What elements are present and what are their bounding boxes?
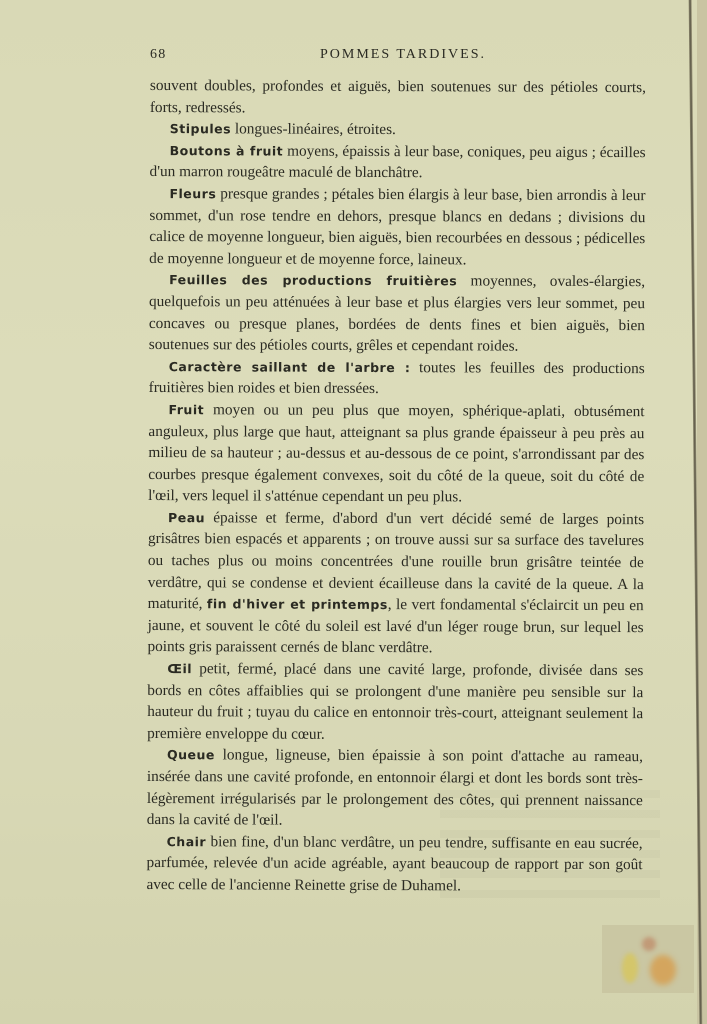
- paragraph-text: petit, fermé, placé dans une cavité larg…: [147, 660, 643, 742]
- paragraph-text: longues-linéaires, étroites.: [231, 121, 396, 139]
- fruit-icon: [642, 937, 656, 951]
- term-label: Boutons à fruit: [170, 143, 284, 158]
- term-label: Stipules: [170, 121, 231, 136]
- term-label: Œil: [167, 661, 192, 676]
- apple-icon: [650, 955, 676, 985]
- show-through-text: [440, 790, 660, 910]
- body-text: souvent doubles, profondes et aiguës, bi…: [146, 75, 646, 898]
- running-title: POMMES TARDIVES.: [320, 47, 486, 63]
- term-label-season: fin d'hiver et printemps: [207, 597, 388, 613]
- paragraph-stipules: Stipules longues-linéaires, étroites.: [150, 118, 646, 142]
- term-label: Feuilles des productions fruitières: [169, 272, 457, 288]
- pear-icon: [622, 953, 638, 983]
- paragraph-text: presque grandes ; pétales bien élargis à…: [149, 185, 645, 268]
- page-header: 68 POMMES TARDIVES.: [150, 47, 655, 67]
- term-label: Queue: [167, 747, 215, 762]
- paragraph-caractere: Caractère saillant de l'arbre : toutes l…: [149, 356, 645, 401]
- paragraph-boutons: Boutons à fruit moyens, épaissis à leur …: [150, 140, 646, 185]
- paragraph-text: moyen ou un peu plus que moyen, sphériqu…: [148, 401, 644, 506]
- paragraph-continuation: souvent doubles, profondes et aiguës, bi…: [150, 75, 646, 120]
- paragraph-oeil: Œil petit, fermé, placé dans une cavité …: [147, 658, 643, 747]
- term-label: Chair: [167, 834, 207, 849]
- paragraph-feuilles: Feuilles des productions fruitières moye…: [149, 269, 645, 358]
- page-number: 68: [150, 47, 166, 63]
- paragraph-fleurs: Fleurs presque grandes ; pétales bien él…: [149, 183, 645, 272]
- paragraph-text: souvent doubles, profondes et aiguës, bi…: [150, 77, 646, 116]
- paragraph-peau: Peau épaisse et ferme, d'abord d'un vert…: [147, 507, 644, 660]
- term-label: Peau: [168, 510, 205, 525]
- term-label: Fruit: [169, 402, 205, 417]
- paragraph-fruit: Fruit moyen ou un peu plus que moyen, sp…: [148, 399, 644, 509]
- term-label: Caractère saillant de l'arbre :: [169, 359, 411, 375]
- term-label: Fleurs: [169, 186, 216, 201]
- fruit-illustration-thumbnail: [602, 925, 694, 993]
